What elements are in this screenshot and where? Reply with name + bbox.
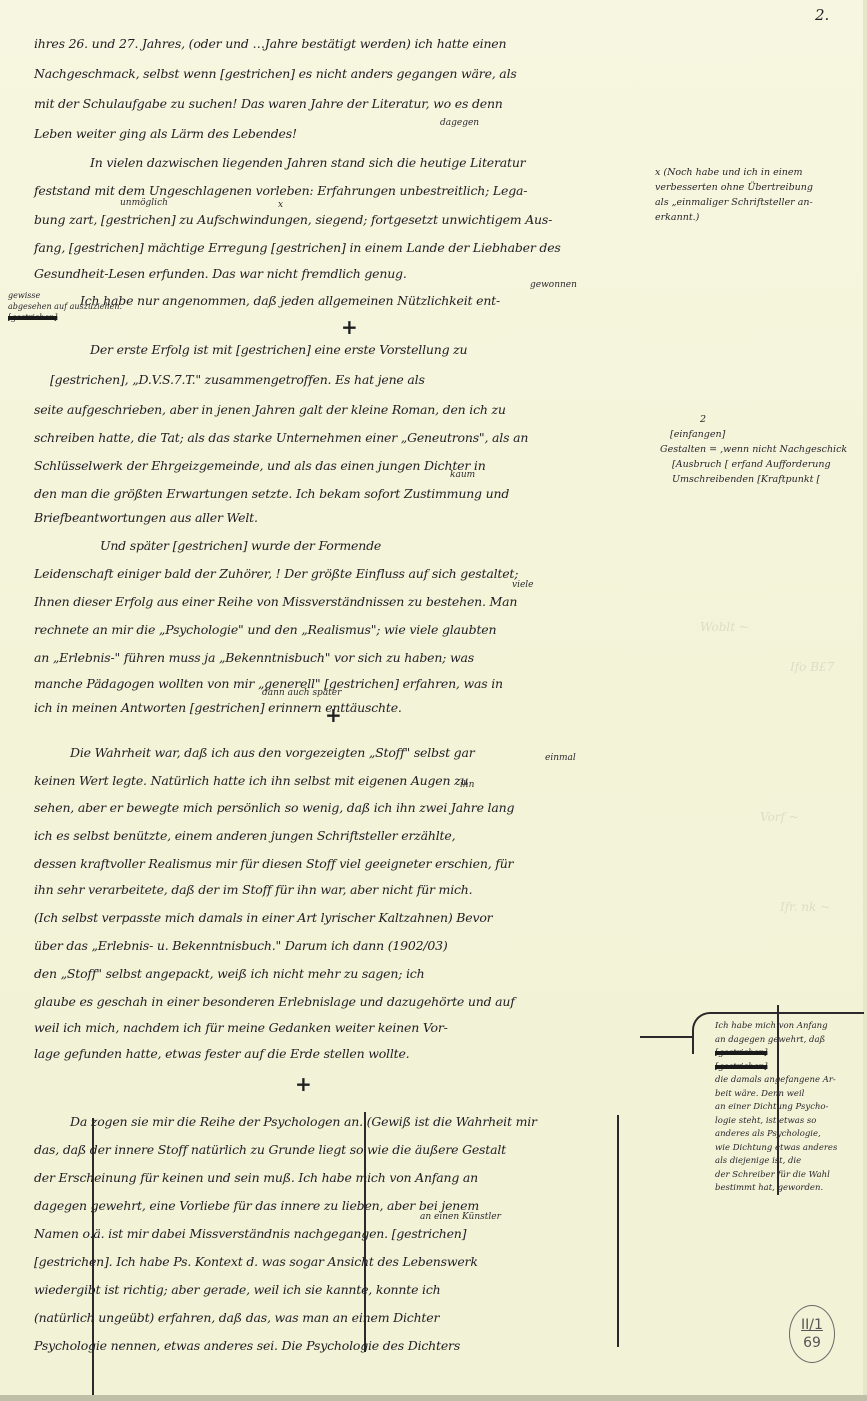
manuscript-line: feststand mit dem Ungeschlagenen vorlebe… bbox=[34, 183, 527, 198]
manuscript-line: ihn sehr verarbeitete, daß der im Stoff … bbox=[34, 882, 472, 897]
manuscript-line: lage gefunden hatte, etwas fester auf di… bbox=[34, 1046, 409, 1061]
interlinear-insertion: gewonnen bbox=[530, 280, 577, 290]
page-number: 2. bbox=[815, 6, 829, 24]
manuscript-line: (natürlich ungeübt) erfahren, daß das, w… bbox=[34, 1310, 439, 1325]
section-divider-cross: + bbox=[295, 1072, 312, 1096]
manuscript-line: der Erscheinung für keinen und sein muß.… bbox=[34, 1170, 478, 1185]
note-connector-line bbox=[640, 1036, 694, 1038]
interlinear-insertion: einmal bbox=[545, 753, 576, 763]
section-divider-cross: + bbox=[341, 315, 358, 339]
manuscript-line: dessen kraftvoller Realismus mir für die… bbox=[34, 856, 513, 871]
interlinear-insertion: ihn bbox=[460, 780, 474, 790]
manuscript-line: dagegen gewehrt, eine Vorliebe für das i… bbox=[34, 1198, 479, 1213]
right-margin-note: 2 [einfangen] Gestalten = ,wenn nicht Na… bbox=[660, 412, 847, 487]
manuscript-line: [gestrichen], „D.V.S.7.T." zusammengetro… bbox=[50, 372, 425, 387]
right-margin-note: Ich habe mich von Anfang an dagegen gewe… bbox=[715, 1020, 837, 1196]
manuscript-line: über das „Erlebnis- u. Bekenntnisbuch." … bbox=[34, 938, 448, 953]
manuscript-line: wiedergibt ist richtig; aber gerade, wei… bbox=[34, 1282, 441, 1297]
archive-stamp: II/1 69 bbox=[789, 1305, 835, 1363]
manuscript-line: schreiben hatte, die Tat; als das starke… bbox=[34, 430, 528, 445]
interlinear-insertion: unmöglich bbox=[120, 198, 168, 208]
manuscript-line: weil ich mich, nachdem ich für meine Ged… bbox=[34, 1020, 448, 1035]
interlinear-insertion: an einen Künstler bbox=[420, 1212, 501, 1222]
manuscript-line: Gesundheit-Lesen erfunden. Das war nicht… bbox=[34, 266, 407, 281]
manuscript-line: den „Stoff" selbst angepackt, weiß ich n… bbox=[34, 966, 424, 981]
manuscript-line: In vielen dazwischen liegenden Jahren st… bbox=[90, 155, 525, 170]
manuscript-line: ich es selbst benützte, einem anderen ju… bbox=[34, 828, 455, 843]
bleed-through-text: Vorf ~ bbox=[760, 810, 799, 824]
left-margin-note: gewisse abgesehen auf auszuziehen. [gest… bbox=[8, 290, 122, 323]
manuscript-page: 2. Woblt ~ Ifo B£7 Vorf ~ Ifr. nk ~ ihre… bbox=[0, 0, 867, 1401]
manuscript-line: Namen o.ä. ist mir dabei Missverständnis… bbox=[34, 1226, 466, 1241]
interlinear-insertion: kaum bbox=[450, 470, 475, 480]
bleed-through-text: Woblt ~ bbox=[700, 620, 749, 634]
manuscript-line: Nachgeschmack, selbst wenn [gestrichen] … bbox=[34, 66, 517, 81]
manuscript-line: keinen Wert legte. Natürlich hatte ich i… bbox=[34, 773, 468, 788]
manuscript-line: bung zart, [gestrichen] zu Aufschwindung… bbox=[34, 212, 552, 227]
manuscript-line: sehen, aber er bewegte mich persönlich s… bbox=[34, 800, 514, 815]
interlinear-insertion: viele bbox=[512, 580, 534, 590]
manuscript-line: seite aufgeschrieben, aber in jenen Jahr… bbox=[34, 402, 506, 417]
manuscript-line: Ihnen dieser Erfolg aus einer Reihe von … bbox=[34, 594, 517, 609]
manuscript-line: (Ich selbst verpasste mich damals in ein… bbox=[34, 910, 492, 925]
vertical-column-line bbox=[617, 1115, 619, 1347]
manuscript-line: Der erste Erfolg ist mit [gestrichen] ei… bbox=[90, 342, 467, 357]
manuscript-line: fang, [gestrichen] mächtige Erregung [ge… bbox=[34, 240, 561, 255]
stamp-top: II/1 bbox=[801, 1316, 823, 1334]
paper-edge bbox=[863, 0, 867, 1401]
manuscript-line: Psychologie nennen, etwas anderes sei. D… bbox=[34, 1338, 460, 1353]
manuscript-line: ihres 26. und 27. Jahres, (oder und …Jah… bbox=[34, 36, 506, 51]
manuscript-line: Leben weiter ging als Lärm des Lebendes! bbox=[34, 126, 297, 141]
insertion-mark: x bbox=[278, 200, 283, 210]
interlinear-insertion: dann auch später bbox=[262, 688, 341, 698]
manuscript-line: glaube es geschah in einer besonderen Er… bbox=[34, 994, 515, 1009]
manuscript-line: Ich habe nur angenommen, daß jeden allge… bbox=[80, 293, 500, 308]
stamp-bottom: 69 bbox=[803, 1334, 821, 1352]
manuscript-line: an „Erlebnis-" führen muss ja „Bekenntni… bbox=[34, 650, 474, 665]
manuscript-line: Und später [gestrichen] wurde der Formen… bbox=[100, 538, 381, 553]
bleed-through-text: Ifo B£7 bbox=[790, 660, 834, 674]
manuscript-line: Schlüsselwerk der Ehrgeizgemeinde, und a… bbox=[34, 458, 486, 473]
section-divider-cross: + bbox=[325, 703, 342, 727]
manuscript-line: Da zogen sie mir die Reihe der Psycholog… bbox=[70, 1114, 537, 1129]
manuscript-line: Die Wahrheit war, daß ich aus den vorgez… bbox=[70, 745, 475, 760]
manuscript-line: das, daß der innere Stoff natürlich zu G… bbox=[34, 1142, 506, 1157]
manuscript-line: ich in meinen Antworten [gestrichen] eri… bbox=[34, 700, 402, 715]
bleed-through-text: Ifr. nk ~ bbox=[780, 900, 830, 914]
manuscript-line: den man die größten Erwartungen setzte. … bbox=[34, 486, 509, 501]
manuscript-line: rechnete an mir die „Psychologie" und de… bbox=[34, 622, 496, 637]
manuscript-line: Briefbeantwortungen aus aller Welt. bbox=[34, 510, 258, 525]
right-margin-note: x (Noch habe und ich in einem verbessert… bbox=[655, 165, 813, 225]
manuscript-line: mit der Schulaufgabe zu suchen! Das ware… bbox=[34, 96, 503, 111]
interlinear-insertion: dagegen bbox=[440, 118, 479, 128]
manuscript-line: Leidenschaft einiger bald der Zuhörer, !… bbox=[34, 566, 518, 581]
manuscript-line: [gestrichen]. Ich habe Ps. Kontext d. wa… bbox=[34, 1254, 478, 1269]
